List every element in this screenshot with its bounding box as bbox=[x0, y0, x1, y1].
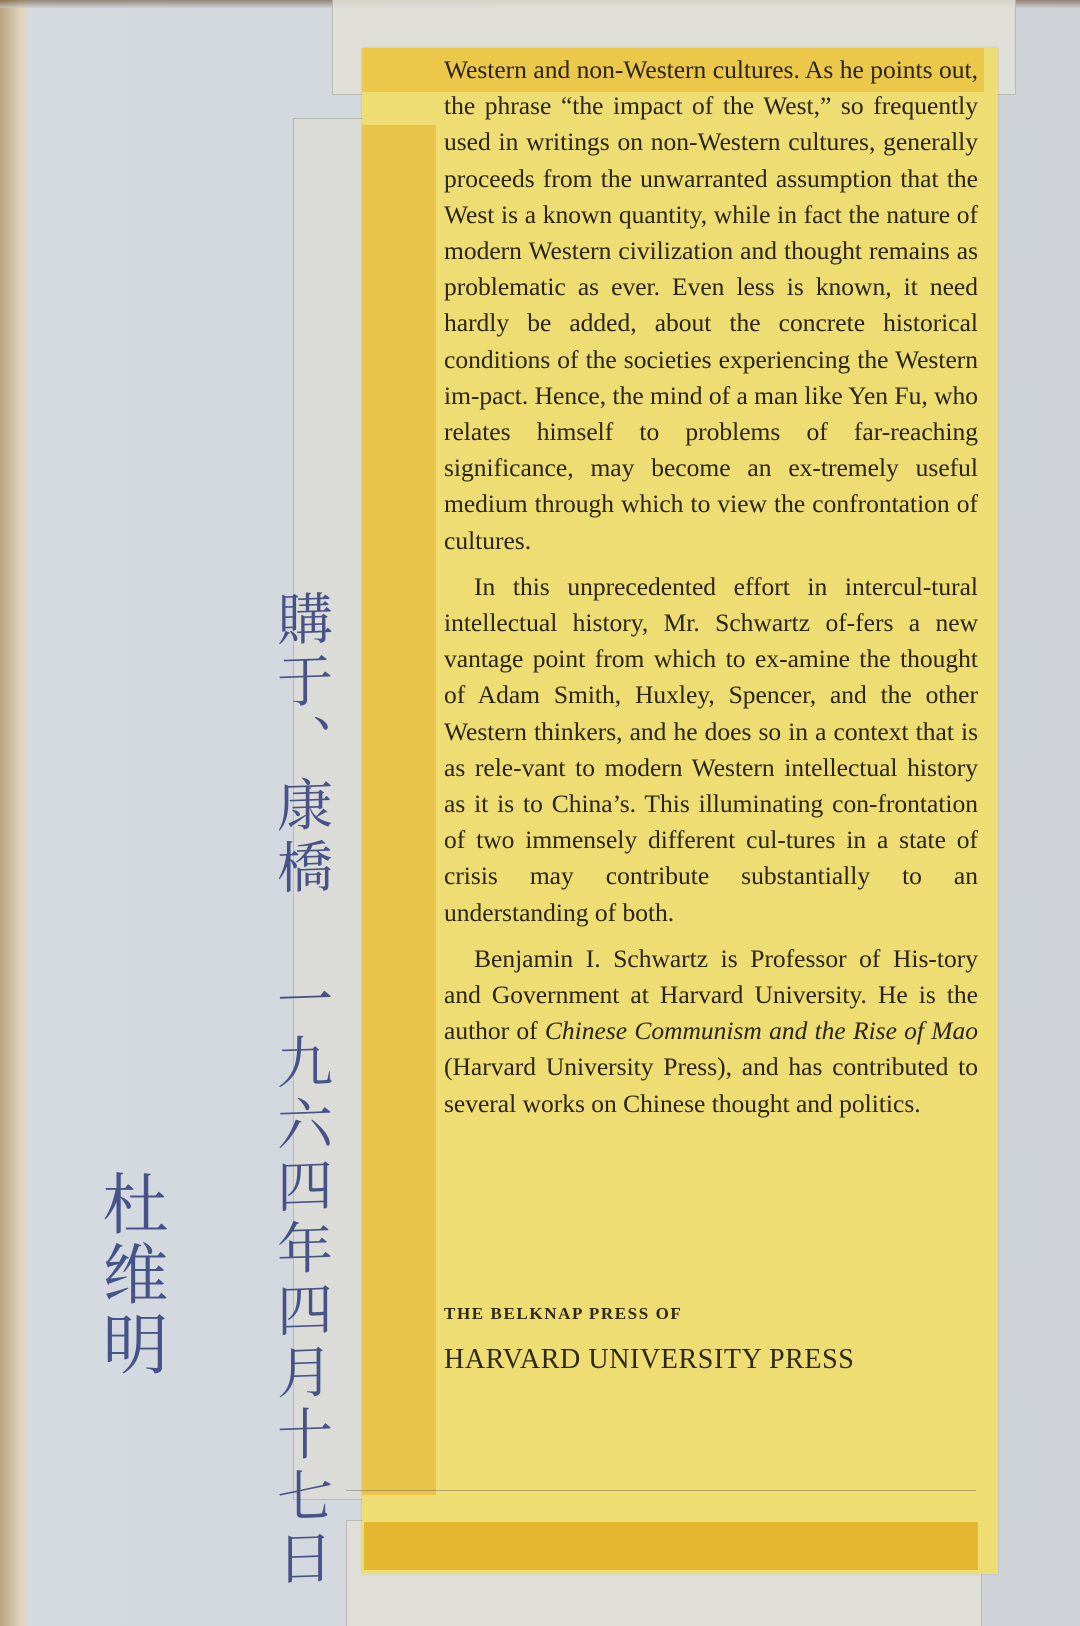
flap-text: Western and non-Western cultures. As he … bbox=[444, 52, 978, 1132]
book-spine-edge bbox=[0, 0, 30, 1626]
imprint-line-2: HARVARD UNIVERSITY PRESS bbox=[444, 1344, 854, 1376]
handwritten-signature: 杜维明 bbox=[92, 1170, 166, 1380]
paragraph-1: Western and non-Western cultures. As he … bbox=[444, 52, 978, 559]
paragraph-3-author-bio: Benjamin I. Schwartz is Professor of His… bbox=[444, 941, 978, 1122]
flap-band-bottom bbox=[364, 1522, 978, 1570]
flap-band-left bbox=[362, 125, 436, 1495]
book-title-italic: Chinese Communism and the Rise of Mao bbox=[545, 1016, 978, 1045]
imprint-line-1: THE BELKNAP PRESS OF bbox=[444, 1304, 682, 1324]
tape-edge-line bbox=[346, 1490, 976, 1491]
bio-text-after: (Harvard University Press), and has cont… bbox=[444, 1052, 978, 1117]
handwritten-inscription: 購于、康橋 一九六四年四月十七日 bbox=[268, 589, 332, 1592]
paragraph-2: In this unprecedented effort in intercul… bbox=[444, 569, 978, 931]
